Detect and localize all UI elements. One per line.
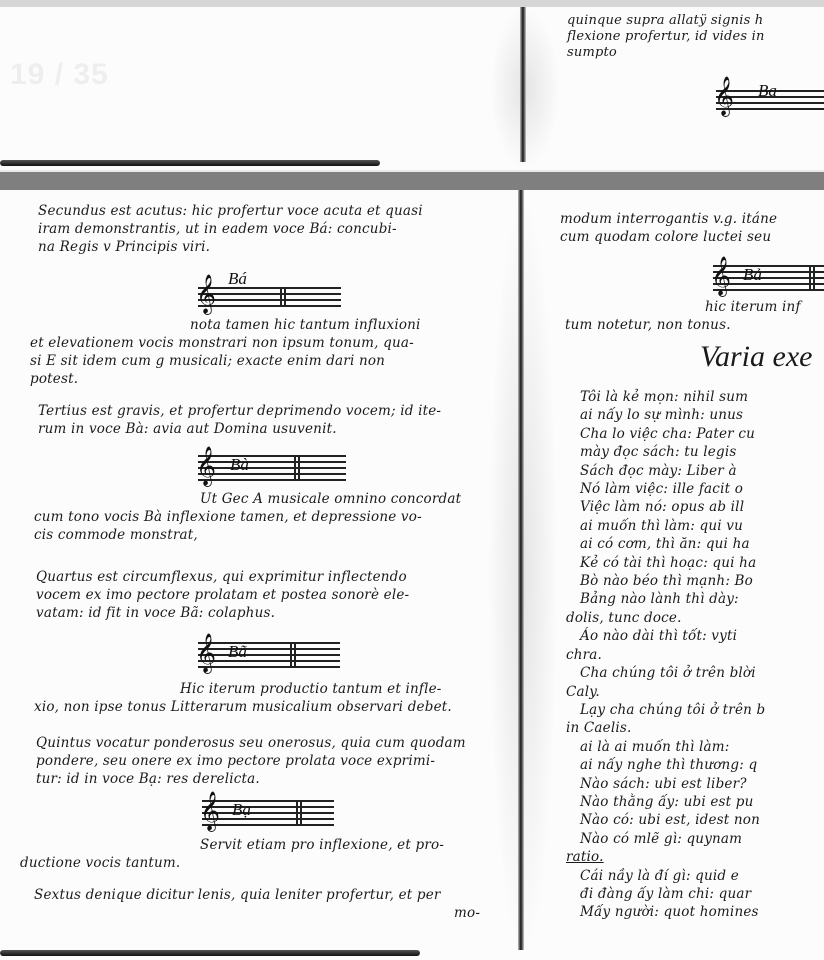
page-edge-shadow bbox=[0, 950, 420, 956]
paragraph-secundus: Secundus est acutus: hic profertur voce … bbox=[38, 202, 423, 256]
music-staff-3: 𝄞 Bã bbox=[198, 640, 340, 668]
music-staff-right: 𝄞 Bả bbox=[713, 263, 824, 291]
example-line: ratio. bbox=[566, 848, 765, 866]
example-line: Mấy người: quot homines bbox=[580, 903, 765, 921]
music-staff-1: 𝄞 Bá bbox=[198, 283, 341, 309]
example-line: Nào có: ubi est, idest non bbox=[580, 811, 765, 829]
manuscript-page-previous[interactable]: quinque supra allatÿ signis h flexione p… bbox=[0, 7, 824, 170]
example-line: Cha chúng tôi ở trên blời bbox=[580, 664, 765, 682]
example-line: in Caelis. bbox=[566, 719, 765, 737]
example-line: Nào có mlẽ gì: quynam bbox=[580, 830, 765, 848]
paragraph-tertius: Tertius est gravis, et profertur deprime… bbox=[38, 402, 441, 438]
treble-clef-icon: 𝄞 bbox=[196, 636, 216, 670]
treble-clef-icon: 𝄞 bbox=[711, 259, 731, 293]
right-page-text-top: quinque supra allatÿ signis h flexione p… bbox=[567, 13, 765, 61]
treble-clef-icon: 𝄞 bbox=[196, 277, 216, 311]
example-line: Cha lo việc cha: Pater cu bbox=[580, 425, 765, 443]
example-line: ai nấy lo sự mình: unus bbox=[580, 406, 765, 424]
example-line: Tôi là kẻ mọn: nihil sum bbox=[580, 388, 765, 406]
music-staff: 𝄞 Ba bbox=[716, 87, 824, 109]
treble-clef-icon: 𝄞 bbox=[196, 449, 216, 483]
paragraph-quartus: Quartus est circumflexus, qui exprimitur… bbox=[36, 568, 409, 622]
page-separator bbox=[0, 170, 824, 190]
example-line: Áo nào dài thì tốt: vyti bbox=[580, 627, 765, 645]
treble-clef-icon: 𝄞 bbox=[714, 79, 734, 113]
example-line: ai là ai muốn thì làm: bbox=[580, 738, 765, 756]
example-line: Cái nầy là đí gì: quid e bbox=[580, 867, 765, 885]
example-line: Sách đọc mày: Liber à bbox=[580, 462, 765, 480]
example-line: Bò nào béo thì mạnh: Bo bbox=[580, 572, 765, 590]
example-line: mày đọc sách: tu legis bbox=[580, 443, 765, 461]
example-line: Lạy cha chúng tôi ở trên b bbox=[580, 701, 765, 719]
page-edge-shadow bbox=[0, 160, 380, 166]
example-line: Nào sách: ubi est liber? bbox=[580, 775, 765, 793]
example-line: ai có cơm, thì ăn: qui ha bbox=[580, 535, 765, 553]
right-paragraph-modum: modum interrogantis v.g. itáne cum quoda… bbox=[560, 210, 777, 246]
example-line: ai muốn thì làm: qui vu bbox=[580, 517, 765, 535]
example-line: dolis, tunc doce. bbox=[566, 609, 765, 627]
paragraph-sextus: Sextus denique dicitur lenis, quia lenit… bbox=[34, 886, 480, 922]
example-line: Nào thằng ấy: ubi est pu bbox=[580, 793, 765, 811]
example-line: Nó làm việc: ille facit o bbox=[580, 480, 765, 498]
paragraph-ut: Ut Gec A musicale omnino concordat cum t… bbox=[34, 490, 461, 544]
music-staff-4: 𝄞 Bạ bbox=[202, 798, 334, 826]
paragraph-quintus: Quintus vocatur ponderosus seu onerosus,… bbox=[36, 734, 466, 788]
example-line: Kẻ có tài thì hoạc: qui ha bbox=[580, 554, 765, 572]
example-line: Caly. bbox=[566, 683, 765, 701]
section-heading: Varia exe bbox=[700, 340, 812, 374]
page-counter: 19 / 35 bbox=[10, 58, 109, 92]
viewer-top-bar bbox=[0, 0, 824, 7]
example-line: ai nấy nghe thì thương: q bbox=[580, 756, 765, 774]
right-paragraph-hic: hic iterum inf tum notetur, non tonus. bbox=[565, 298, 801, 334]
paragraph-servit: Servit etiam pro inflexione, et pro- duc… bbox=[20, 836, 444, 872]
vietnamese-latin-examples: Tôi là kẻ mọn: nihil sum ai nấy lo sự mì… bbox=[580, 388, 765, 922]
paragraph-hic-iterum: Hic iterum productio tantum et infle- xi… bbox=[34, 680, 452, 716]
paragraph-nota: nota tamen hic tantum influxioni et elev… bbox=[30, 316, 421, 388]
music-staff-2: 𝄞 Bà bbox=[198, 453, 346, 481]
example-line: Bảng nào lành thì dày: bbox=[580, 590, 765, 608]
manuscript-page-current[interactable]: Secundus est acutus: hic profertur voce … bbox=[0, 190, 824, 960]
book-gutter bbox=[518, 190, 524, 950]
book-gutter bbox=[520, 7, 526, 162]
example-line: chra. bbox=[566, 646, 765, 664]
treble-clef-icon: 𝄞 bbox=[200, 794, 220, 828]
example-line: Việc làm nó: opus ab ill bbox=[580, 498, 765, 516]
example-line: đi đàng ấy làm chi: quar bbox=[580, 885, 765, 903]
